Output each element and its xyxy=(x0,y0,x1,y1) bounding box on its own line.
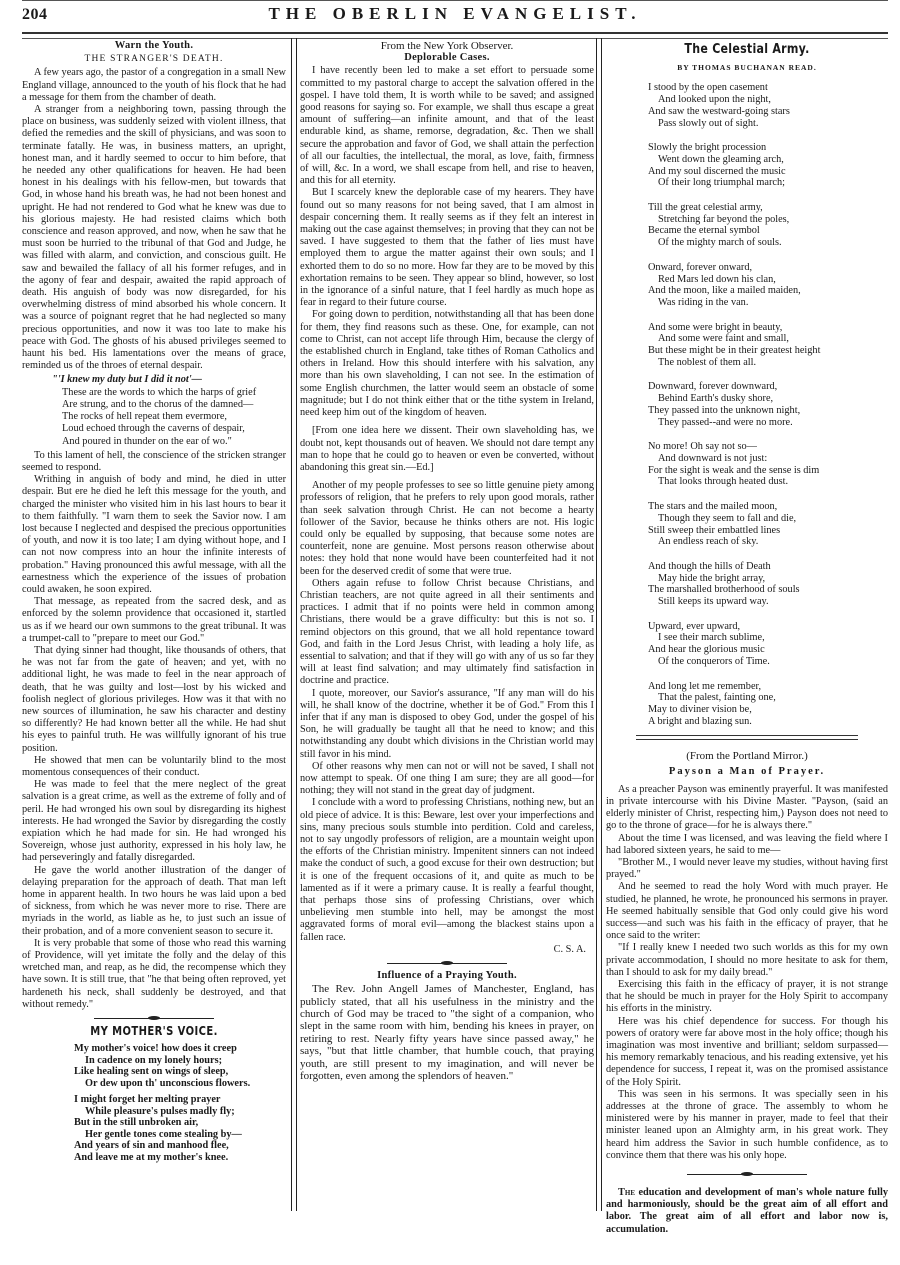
paragraph: But I scarcely knew the deplorable case … xyxy=(300,187,594,309)
poem-line: Pass slowly out of sight. xyxy=(648,118,888,130)
poem-line: A bright and blazing sun. xyxy=(648,716,888,728)
closing-paragraph: The education and development of man's w… xyxy=(606,1187,888,1236)
ornamental-divider xyxy=(94,1018,214,1019)
top-rule xyxy=(22,0,888,1)
poem-line: And years of sin and manhood flee, xyxy=(74,1140,286,1152)
poem-line: Of the mighty march of souls. xyxy=(648,237,888,249)
poem-line: But these might be in their greatest hei… xyxy=(648,345,888,357)
paragraph: Here was his chief dependence for succes… xyxy=(606,1016,888,1089)
poem-stanza: I stood by the open casement And looked … xyxy=(648,82,888,129)
poem-line: Still keeps its upward way. xyxy=(648,596,888,608)
poem-line: And looked upon the night, xyxy=(648,94,888,106)
editor-note: [From one idea here we dissent. Their ow… xyxy=(300,425,594,474)
poem-stanza: And though the hills of Death May hide t… xyxy=(648,561,888,608)
poem-line: Upward, ever upward, xyxy=(648,621,888,633)
article-heading: Deplorable Cases. xyxy=(300,52,594,64)
paragraph: As a preacher Payson was eminently praye… xyxy=(606,784,888,833)
closing-lead-word: The xyxy=(618,1187,635,1198)
verse-line: The rocks of hell repeat them evermore, xyxy=(52,411,286,423)
paragraph: He showed that men can be voluntarily bl… xyxy=(22,755,286,779)
poem-stanza: And some were bright in beauty, And some… xyxy=(648,322,888,369)
newspaper-title: THE OBERLIN EVANGELIST. xyxy=(22,4,888,24)
poem-line: And the moon, like a mailed maiden, xyxy=(648,285,888,297)
poem-stanza: Upward, ever upward, I see their march s… xyxy=(648,621,888,668)
paragraph: "If I really knew I needed two such worl… xyxy=(606,942,888,979)
paragraph: A few years ago, the pastor of a congreg… xyxy=(22,67,286,104)
poem-line: They passed--and were no more. xyxy=(648,417,888,429)
verse-line: Loud echoed through the caverns of despa… xyxy=(52,423,286,435)
poem-line: And saw the westward-going stars xyxy=(648,106,888,118)
poem-stanza: I might forget her melting prayer While … xyxy=(74,1094,286,1163)
poem-stanza: No more! Oh say not so— And downward is … xyxy=(648,441,888,488)
poem-line: For the sight is weak and the sense is d… xyxy=(648,465,888,477)
column-divider-2 xyxy=(596,38,602,1211)
poem-line: Slowly the bright procession xyxy=(648,142,888,154)
poem-line: Of their long triumphal march; xyxy=(648,177,888,189)
poem-byline: BY THOMAS BUCHANAN READ. xyxy=(606,62,888,74)
section-double-rule xyxy=(636,735,858,740)
poem-title: MY MOTHER'S VOICE. xyxy=(48,1025,259,1037)
paragraph: Exercising this faith in the efficacy of… xyxy=(606,979,888,1016)
paragraph: He was made to feel that the mere neglec… xyxy=(22,779,286,864)
poem-line: No more! Oh say not so— xyxy=(648,441,888,453)
poem-line: May to diviner vision be, xyxy=(648,704,888,716)
poem-line: In cadence on my lonely hours; xyxy=(74,1055,286,1067)
poem-line: Went down the gleaming arch, xyxy=(648,154,888,166)
poem-body: I stood by the open casement And looked … xyxy=(606,82,888,727)
poem-line: Red Mars led down his clan, xyxy=(648,274,888,286)
verse-line: "'I knew my duty but I did it not'— xyxy=(52,374,286,386)
poem-line: Like healing sent on wings of sleep, xyxy=(74,1066,286,1078)
poem-line: The stars and the mailed moon, xyxy=(648,501,888,513)
poem-line: May hide the bright array, xyxy=(648,573,888,585)
poem-line: That the palest, fainting one, xyxy=(648,692,888,704)
poem-line: And long let me remember, xyxy=(648,681,888,693)
verse-line: Are strung, and to the chorus of the dam… xyxy=(52,399,286,411)
poem-line: Or dew upon th' unconscious flowers. xyxy=(74,1078,286,1090)
poem-line: And leave me at my mother's knee. xyxy=(74,1152,286,1164)
masthead-double-rule xyxy=(22,32,888,39)
article-heading: Warn the Youth. xyxy=(22,40,286,52)
poem-stanza: My mother's voice! how does it creep In … xyxy=(74,1043,286,1089)
poem-line: Still sweep their embattled lines xyxy=(648,525,888,537)
poem-line: And downward is not just: xyxy=(648,453,888,465)
paragraph: That message, as repeated from the sacre… xyxy=(22,596,286,645)
ornamental-divider xyxy=(687,1174,807,1175)
poem-stanza: Downward, forever downward, Behind Earth… xyxy=(648,381,888,428)
verse-line: And poured in thunder on the ear of wo." xyxy=(52,436,286,448)
column-divider-1 xyxy=(291,38,297,1211)
paragraph: About the time I was licensed, and was l… xyxy=(606,833,888,857)
ornamental-divider xyxy=(387,963,507,964)
column-3: The Celestial Army. BY THOMAS BUCHANAN R… xyxy=(606,40,888,1265)
paragraph: Writhing in anguish of body and mind, he… xyxy=(22,474,286,596)
verse-line: These are the words to which the harps o… xyxy=(52,387,286,399)
poem-line: Downward, forever downward, xyxy=(648,381,888,393)
poem-stanza: And long let me remember, That the pales… xyxy=(648,681,888,728)
article-source: (From the Portland Mirror.) xyxy=(606,750,888,762)
paragraph: For going down to perdition, notwithstan… xyxy=(300,309,594,419)
poem-line: An endless reach of sky. xyxy=(648,536,888,548)
paragraph: Another of my people professes to see so… xyxy=(300,480,594,578)
column-2: From the New York Observer. Deplorable C… xyxy=(300,40,594,1265)
article-source: From the New York Observer. xyxy=(300,40,594,52)
signature: C. S. A. xyxy=(300,944,594,956)
poem-stanza: Till the great celestial army, Stretchin… xyxy=(648,202,888,249)
paragraph: I have recently been led to make a set e… xyxy=(300,65,594,187)
poem-line: And some were bright in beauty, xyxy=(648,322,888,334)
poem-title: The Celestial Army. xyxy=(627,44,867,56)
poem-line: They passed into the unknown night, xyxy=(648,405,888,417)
masthead: 204 THE OBERLIN EVANGELIST. xyxy=(22,0,888,34)
column-1: Warn the Youth. THE STRANGER'S DEATH. A … xyxy=(22,40,286,1265)
poem-line: Became the eternal symbol xyxy=(648,225,888,237)
article-subheading: THE STRANGER'S DEATH. xyxy=(22,53,286,65)
paragraph: To this lament of hell, the conscience o… xyxy=(22,450,286,474)
article-heading: Influence of a Praying Youth. xyxy=(300,970,594,982)
paragraph: He gave the world another illustration o… xyxy=(22,865,286,938)
poem-stanza: The stars and the mailed moon, Though th… xyxy=(648,501,888,548)
poem-line: And though the hills of Death xyxy=(648,561,888,573)
closing-text: education and development of man's whole… xyxy=(606,1187,888,1235)
poem-stanza: Onward, forever onward, Red Mars led dow… xyxy=(648,262,888,309)
poem-line: I stood by the open casement xyxy=(648,82,888,94)
poem-line: The marshalled brotherhood of souls xyxy=(648,584,888,596)
poem-line: Her gentle tones come stealing by— xyxy=(74,1129,286,1141)
poem-line: Onward, forever onward, xyxy=(648,262,888,274)
poem-line: Behind Earth's dusky shore, xyxy=(648,393,888,405)
paragraph: "Brother M., I would never leave my stud… xyxy=(606,857,888,881)
poem-line: The noblest of them all. xyxy=(648,357,888,369)
poem-stanza: Slowly the bright procession Went down t… xyxy=(648,142,888,189)
poem-line: I might forget her melting prayer xyxy=(74,1094,286,1106)
paragraph: The Rev. John Angell James of Manchester… xyxy=(300,983,594,1082)
poem-line: Of the conquerors of Time. xyxy=(648,656,888,668)
paragraph: This was seen in his sermons. It was spe… xyxy=(606,1089,888,1162)
poem-line: Stretching far beyond the poles, xyxy=(648,214,888,226)
poem-line: And some were faint and small, xyxy=(648,333,888,345)
poem-line: And my soul discerned the music xyxy=(648,166,888,178)
poem-line: That looks through heated dust. xyxy=(648,476,888,488)
poem-line: But in the still unbroken air, xyxy=(74,1117,286,1129)
paragraph: A stranger from a neighboring town, pass… xyxy=(22,104,286,372)
paragraph: I quote, moreover, our Savior's assuranc… xyxy=(300,688,594,761)
quoted-verse: "'I knew my duty but I did it not'— Thes… xyxy=(52,374,286,447)
poem-line: Till the great celestial army, xyxy=(648,202,888,214)
poem-line: Was riding in the van. xyxy=(648,297,888,309)
paragraph: Of other reasons why men can not or will… xyxy=(300,761,594,798)
article-heading: Payson a Man of Prayer. xyxy=(606,766,888,778)
paragraph: I conclude with a word to professing Chr… xyxy=(300,797,594,943)
poem-line: And hear the glorious music xyxy=(648,644,888,656)
poem-line: While pleasure's pulses madly fly; xyxy=(74,1106,286,1118)
paragraph: And he seemed to read the holy Word with… xyxy=(606,881,888,942)
paragraph: It is very probable that some of those w… xyxy=(22,938,286,1011)
paragraph: Others again refuse to follow Christ bec… xyxy=(300,578,594,688)
poem-line: I see their march sublime, xyxy=(648,632,888,644)
paragraph: That dying sinner had thought, like thou… xyxy=(22,645,286,755)
poem-line: Though they seem to fall and die, xyxy=(648,513,888,525)
poem-line: My mother's voice! how does it creep xyxy=(74,1043,286,1055)
